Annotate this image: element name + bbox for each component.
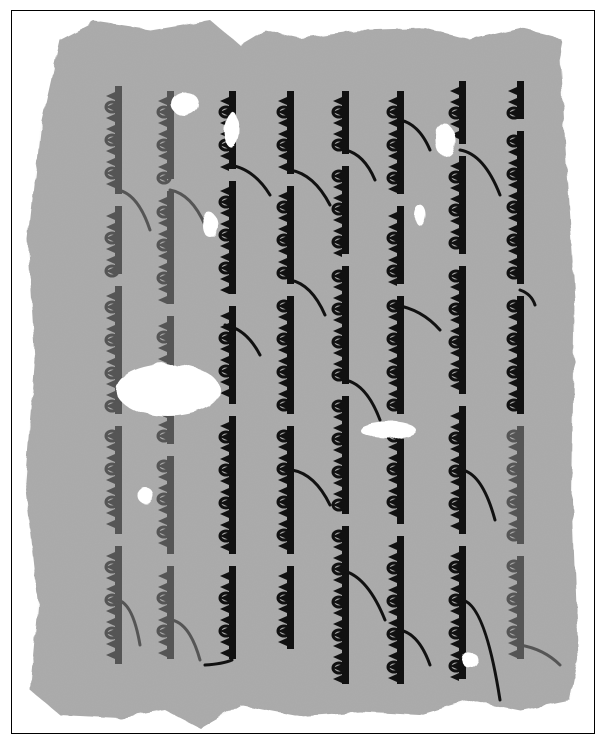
paper-hole-6: [435, 124, 455, 156]
paper-hole-3: [202, 213, 218, 237]
paper-hole-8: [137, 487, 153, 503]
paper-hole-7: [360, 422, 416, 438]
paper-hole-5: [414, 205, 426, 225]
paper-hole-9: [462, 652, 478, 668]
paper-hole-1: [171, 92, 199, 116]
paper-hole-4: [116, 364, 220, 416]
manuscript-fragment-image: [0, 0, 605, 745]
paper-hole-2: [224, 112, 240, 148]
